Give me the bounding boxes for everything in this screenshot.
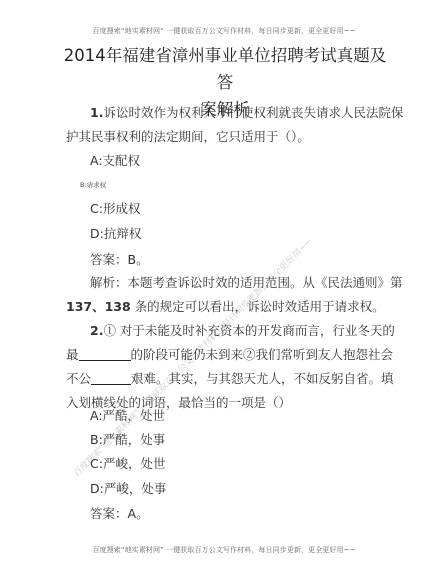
- option-label: C:: [90, 456, 103, 471]
- title-line-1: 2014年福建省漳州事业单位招聘考试真题及答: [60, 42, 390, 96]
- option-label: B:: [80, 181, 87, 189]
- question-2-line-3: 不公艰难。其实，与其怨天尤人，不如反躬自省。填: [66, 369, 394, 387]
- question-1-analysis-line-1: 解析：本题考查诉讼时效的适用范围。从《民法通则》第: [90, 273, 403, 291]
- question-1-line-2: 护其民事权利的法定期间，它只适用于（）。: [66, 127, 310, 145]
- analysis-text: 条的规定可以看出，诉讼时效适用于请求权。: [131, 299, 385, 314]
- option-text: 严峻，处事: [104, 481, 167, 496]
- question-1-line-1: 1.诉讼时效作为权利人不行使权利就丧失请求人民法院保: [90, 103, 403, 121]
- question-1-option-b: B:请求权: [80, 180, 106, 189]
- option-label: C:: [90, 201, 103, 216]
- answer-label: 答案：: [90, 506, 128, 521]
- fill-blank-2: [91, 373, 131, 385]
- question-number: 1.: [90, 105, 103, 120]
- question-text: ① 对于未能及时补充资本的开发商而言，行业冬天的: [103, 323, 394, 338]
- option-text: 抗辩权: [104, 226, 142, 241]
- option-label: A:: [90, 153, 103, 168]
- question-number: 2.: [90, 323, 103, 338]
- option-label: D:: [90, 481, 104, 496]
- question-text: 诉讼时效作为权利人不行使权利就丧失请求人民法院保: [103, 105, 403, 120]
- question-2-line-1: 2.① 对于未能及时补充资本的开发商而言，行业冬天的: [90, 321, 395, 339]
- question-2-option-c: C:严峻，处世: [90, 454, 165, 472]
- question-text: 的阶段可能仍未到来②我们常听到友人抱怨社会: [131, 347, 394, 362]
- question-1-answer: 答案：B。: [90, 250, 149, 268]
- option-text: 严酷，处事: [103, 432, 166, 447]
- question-text: 不公: [66, 371, 91, 386]
- question-text: 艰难。其实，与其怨天尤人，不如反躬自省。填: [131, 371, 394, 386]
- option-text: 支配权: [103, 153, 141, 168]
- option-text: 形成权: [103, 201, 141, 216]
- question-text: 最: [66, 347, 79, 362]
- question-2-option-a: A:严酷，处世: [90, 406, 165, 424]
- question-1-analysis-line-2: 137、138 条的规定可以看出，诉讼时效适用于请求权。: [66, 297, 385, 315]
- answer-value: B。: [128, 252, 149, 267]
- question-1-option-c: C:形成权: [90, 199, 140, 217]
- answer-value: A。: [128, 506, 149, 521]
- question-2-line-2: 最的阶段可能仍未到来②我们常听到友人抱怨社会: [66, 345, 393, 363]
- question-1-option-a: A:支配权: [90, 151, 140, 169]
- question-2-option-b: B:严酷，处事: [90, 430, 165, 448]
- question-1-option-d: D:抗辩权: [90, 224, 141, 242]
- fill-blank-1: [79, 349, 131, 361]
- answer-label: 答案：: [90, 252, 128, 267]
- question-2-answer: 答案：A。: [90, 504, 149, 522]
- article-numbers: 137、138: [66, 299, 131, 314]
- option-label: D:: [90, 226, 104, 241]
- option-label: A:: [90, 408, 103, 423]
- option-label: B:: [90, 432, 103, 447]
- option-text: 严酷，处世: [103, 408, 166, 423]
- question-2-option-d: D:严峻，处事: [90, 479, 166, 497]
- document-page: 百度搜索“地实素材网” 一键获取百万公文写作材料，每日同步更新，更全更好用~~ …: [0, 0, 448, 580]
- option-text: 请求权: [87, 181, 107, 189]
- page-footer-note: 百度搜索“地实素材网” 一键获取百万公文写作材料，每日同步更新，更全更好用~~: [0, 545, 448, 555]
- page-header-note: 百度搜索“地实素材网” 一键获取百万公文写作材料，每日同步更新，更全更好用~~: [0, 26, 448, 36]
- option-text: 严峻，处世: [103, 456, 166, 471]
